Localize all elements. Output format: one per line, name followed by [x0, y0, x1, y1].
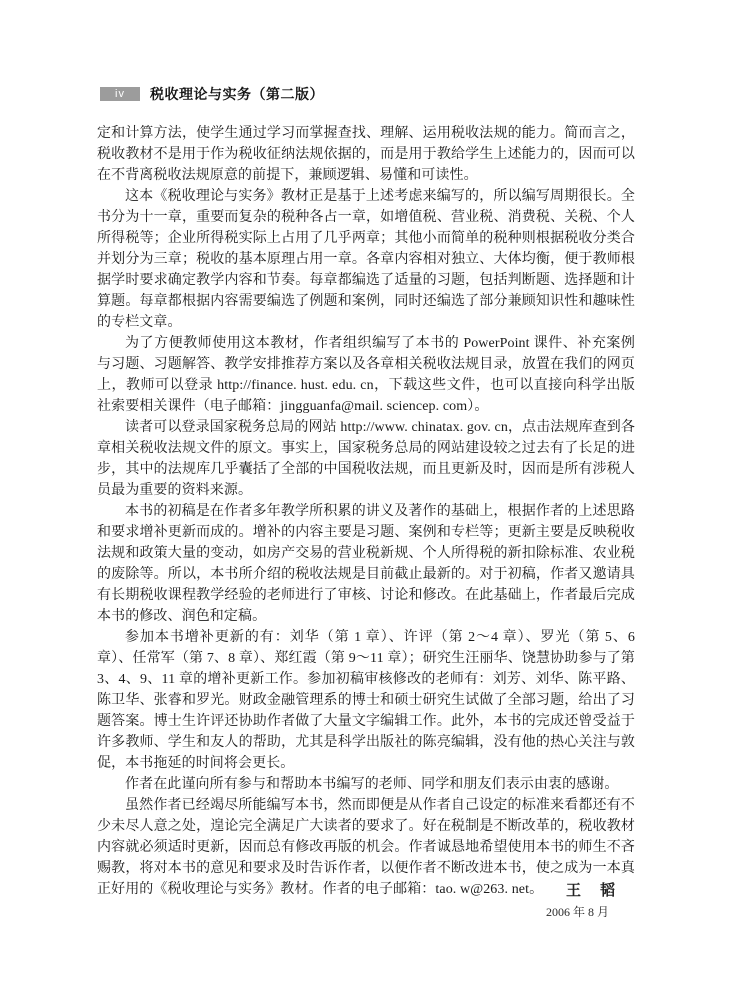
book-title: 税收理论与实务（第二版）	[150, 84, 324, 104]
paragraph: 定和计算方法，使学生通过学习而掌握查找、理解、运用税收法规的能力。简而言之，税收…	[97, 123, 635, 186]
paragraph: 读者可以登录国家税务总局的网站 http://www. chinatax. go…	[97, 417, 635, 501]
preface-body: 定和计算方法，使学生通过学习而掌握查找、理解、运用税收法规的能力。简而言之，税收…	[97, 123, 635, 900]
author-signature: 王 韬	[97, 881, 635, 902]
paragraph: 作者在此谨向所有参与和帮助本书编写的老师、同学和朋友们表示由衷的感谢。	[97, 774, 635, 795]
book-page: iv 税收理论与实务（第二版） 定和计算方法，使学生通过学习而掌握查找、理解、运…	[0, 0, 729, 1005]
signature-block: 王 韬 2006 年 8 月	[97, 881, 635, 922]
page-number-badge: iv	[100, 87, 140, 101]
paragraph: 参加本书增补更新的有：刘华（第 1 章）、许评（第 2～4 章）、罗光（第 5、…	[97, 627, 635, 774]
preface-date: 2006 年 8 月	[97, 902, 635, 922]
paragraph: 这本《税收理论与实务》教材正是基于上述考虑来编写的，所以编写周期很长。全书分为十…	[97, 186, 635, 333]
paragraph: 为了方便教师使用这本教材，作者组织编写了本书的 PowerPoint 课件、补充…	[97, 333, 635, 417]
paragraph: 本书的初稿是在作者多年教学所积累的讲义及著作的基础上，根据作者的上述思路和要求增…	[97, 501, 635, 627]
running-header: iv 税收理论与实务（第二版）	[100, 84, 324, 104]
